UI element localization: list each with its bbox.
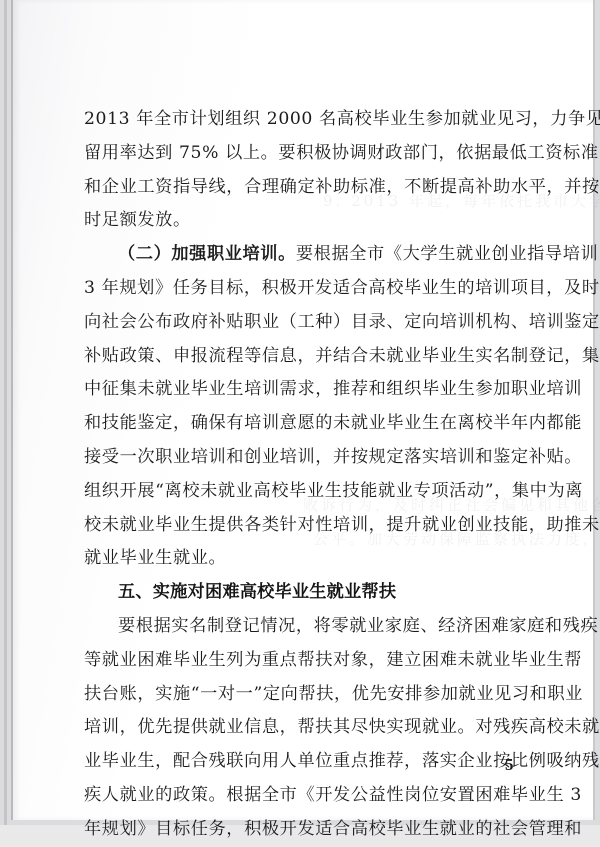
text-line: 疾人就业的政策。根据全市《开发公益性岗位安置困难毕业生 3 [84,779,516,813]
text-line: 组织开展“离校未就业高校毕业生技能就业专项活动”，集中为离 [84,475,516,509]
text-line: 留用率达到 75% 以上。要积极协调财政部门，依据最低工资标准 [84,137,516,171]
text-line: 中征集未就业毕业生培训需求，推荐和组织毕业生参加职业培训 [84,373,516,407]
text-line: 扶台账，实施“一对一”定向帮扶，优先安排参加就业见习和职业 [84,678,516,712]
text-line: 业毕业生，配合残联向用人单位重点推荐，落实企业按比例吸纳残 [84,745,516,779]
subsection-first-line: （二）加强职业培训。要根据全市《大学生就业创业指导培训 [84,238,516,272]
text-line: 3 年规划》任务目标，积极开发适合高校毕业生的培训项目，及时 [84,272,516,306]
text-line: 和企业工资指导线，合理确定补助标准，不断提高补助水平，并按 [84,171,516,205]
subsection-title: （二）加强职业培训。 [118,244,296,264]
text-line: 校未就业毕业生提供各类针对性培训，提升就业创业技能，助推未 [84,509,516,543]
text-line: 向社会公布政府补贴职业（工种）目录、定向培训机构、培训鉴定 [84,306,516,340]
text-line: 接受一次职业培训和创业培训，并按规定落实培训和鉴定补贴。 [84,441,516,475]
text-line: 补贴政策、申报流程等信息，并结合未就业毕业生实名制登记，集 [84,340,516,374]
section-heading: 五、实施对困难高校毕业生就业帮扶 [84,576,516,610]
text-line: 时足额发放。 [84,204,516,238]
page-number: 5 [505,755,514,775]
text-line: 要根据实名制登记情况，将零就业家庭、经济困难家庭和残疾 [84,610,516,644]
text-line: 等就业困难毕业生列为重点帮扶对象，建立困难未就业毕业生帮 [84,644,516,678]
scan-left-edge [4,0,7,825]
document-body: 2013 年全市计划组织 2000 名高校毕业生参加就业见习，力争见习 留用率达… [84,103,516,825]
text-line: 就业毕业生就业。 [84,542,516,576]
text-line: 和技能鉴定，确保有培训意愿的未就业毕业生在离校半年内都能 [84,407,516,441]
text-span: 要根据全市《大学生就业创业指导培训 [296,244,598,264]
text-line: 年规划》目标任务，积极开发适合高校毕业生就业的社会管理和 [84,813,516,825]
text-line: 2013 年全市计划组织 2000 名高校毕业生参加就业见习，力争见习 [84,103,516,137]
text-line: 培训，优先提供就业信息，帮扶其尽快实现就业。对残疾高校未就 [84,711,516,745]
